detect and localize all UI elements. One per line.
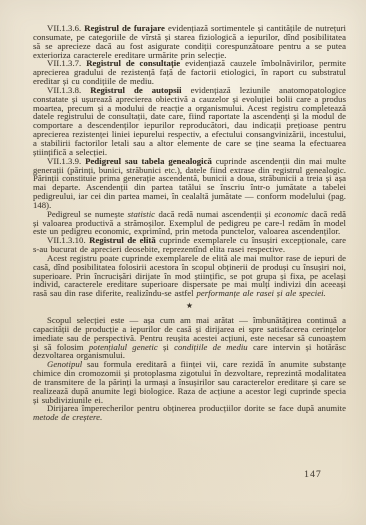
- italic-run: performanțe ale rasei și ale speciei.: [196, 288, 325, 298]
- paragraph: VII.1.3.8. Registrul de autopsii evidenț…: [33, 86, 346, 157]
- italic-run: metode de creștere.: [33, 412, 102, 422]
- paragraph: Pedigreul se numește statistic dacă redă…: [33, 210, 346, 237]
- paragraph: VII.1.3.7. Registrul de consultație evid…: [33, 59, 346, 86]
- paragraph: VII.1.3.10. Registrul de elită cuprinde …: [33, 236, 346, 254]
- italic-run: condițiile de mediu: [174, 342, 248, 352]
- page-number: 147: [304, 470, 322, 480]
- text-run: cuprinde ascendenții din mai multe gener…: [33, 156, 346, 210]
- paragraph: Scopul selecției este — așa cum am mai a…: [33, 316, 346, 360]
- paragraph: Dirijarea împerecherilor pentru obținere…: [33, 404, 346, 422]
- scanned-book-page: VII.1.3.6. Registrul de furajare evidenț…: [0, 0, 366, 525]
- text-run: și: [158, 342, 174, 352]
- paragraph: Acest registru poate cuprinde exemplarel…: [33, 254, 346, 298]
- page-text: VII.1.3.6. Registrul de furajare evidenț…: [33, 24, 346, 422]
- paragraph: VII.1.3.6. Registrul de furajare evidenț…: [33, 24, 346, 59]
- paragraph: VII.1.3.9. Pedigreul sau tabela genealog…: [33, 157, 346, 210]
- text-run: evidențiază leziunile anatomopatologice …: [33, 85, 346, 157]
- paragraph: Genotipul sau formula ereditară a ființe…: [33, 360, 346, 404]
- section-separator-star: ★: [33, 302, 346, 311]
